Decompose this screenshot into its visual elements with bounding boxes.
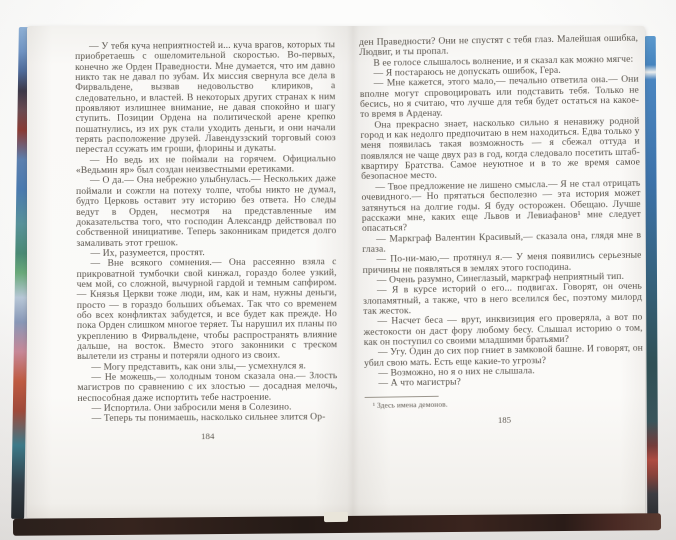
- footnote-rule: [365, 395, 439, 397]
- paragraph: — Не можешь,— холодным тоном сказала она…: [77, 371, 337, 404]
- paragraph: — А что магистры?: [364, 375, 643, 390]
- page-right-text: ден Праведности? Они не спустят с тебя г…: [359, 34, 644, 427]
- page-number-left: 184: [78, 430, 338, 442]
- page-left-text: — У тебя куча неприятностей и... куча вр…: [75, 40, 338, 442]
- paragraph: — О да.— Она небрежно улыбнулась.— Неско…: [76, 175, 336, 249]
- paragraph: Она прекрасно знает, насколько сильно я …: [360, 116, 640, 182]
- paragraph: — У тебя куча неприятностей и... куча вр…: [75, 40, 336, 156]
- page-left: — У тебя куча неприятностей и... куча вр…: [27, 26, 338, 518]
- page-right: ден Праведности? Они не спустят с тебя г…: [338, 26, 645, 518]
- page-number-right: 185: [365, 412, 644, 426]
- paragraph: — Теперь ты понимаешь, насколько сильнее…: [78, 413, 338, 425]
- open-book-pages: — У тебя куча неприятностей и... куча вр…: [27, 26, 645, 518]
- paragraph: — Мне кажется, этого мало,— печально отв…: [360, 75, 640, 121]
- footnote-text: ¹ Здесь имена демонов.: [365, 396, 644, 409]
- paragraph: — Твое предложение не лишено смысла.— Я …: [361, 178, 641, 234]
- book-spine-notch: [324, 512, 348, 522]
- photo-background: — У тебя куча неприятностей и... куча вр…: [0, 0, 676, 540]
- book-cover-right-edge: [645, 36, 659, 518]
- paragraph: — Вне всякого сомнения.— Она рассеянно в…: [77, 257, 338, 362]
